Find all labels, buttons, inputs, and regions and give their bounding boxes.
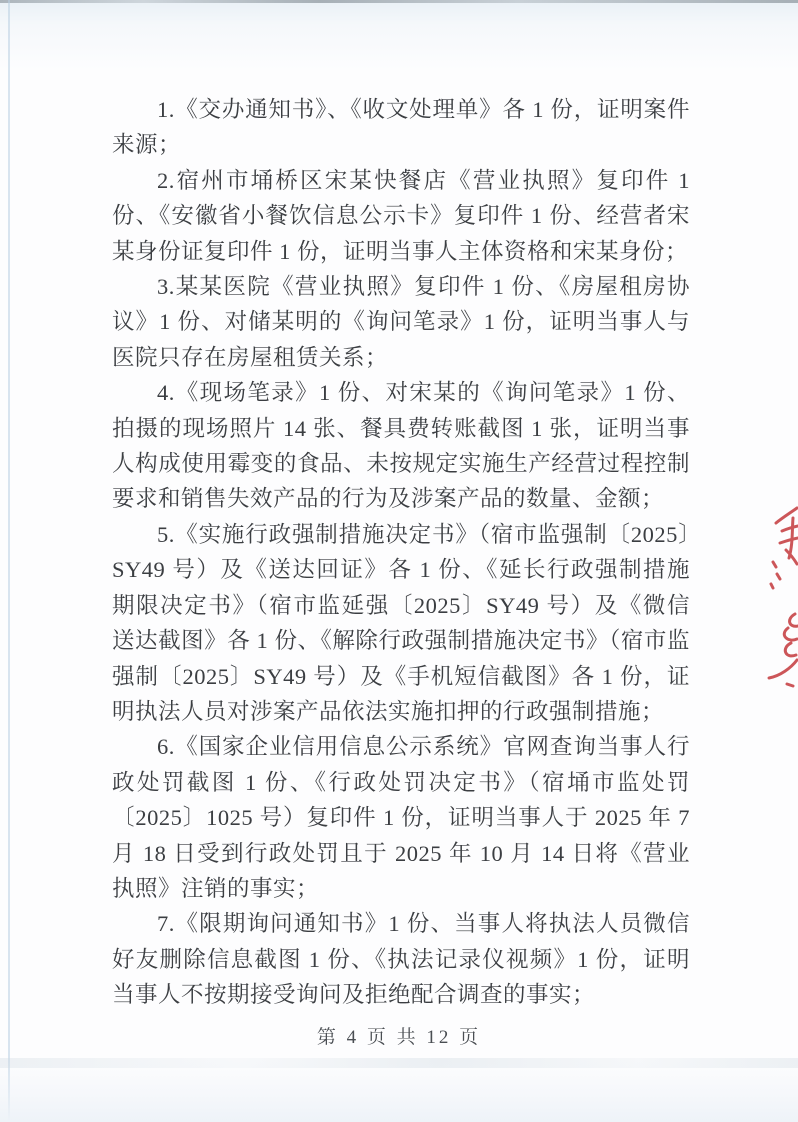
page-number-footer: 第 4 页 共 12 页: [0, 1024, 798, 1052]
scan-bottom-band: [0, 1058, 798, 1068]
red-ink-annotation-icon: [764, 498, 798, 698]
evidence-paragraph-4: 4.《现场笔录》1 份、对宋某的《询问笔录》1 份、拍摄的现场照片 14 张、餐…: [112, 375, 690, 517]
scan-top-tint: [0, 0, 798, 70]
scan-top-edge-line: [0, 0, 798, 3]
document-body: 1.《交办通知书》、《收文处理单》各 1 份，证明案件来源； 2.宿州市埇桥区宋…: [112, 92, 690, 1013]
red-ink-strokes: [769, 508, 798, 686]
evidence-paragraph-2: 2.宿州市埇桥区宋某快餐店《营业执照》复印件 1 份、《安徽省小餐饮信息公示卡》…: [112, 163, 690, 269]
evidence-paragraph-5: 5.《实施行政强制措施决定书》（宿市监强制〔2025〕SY49 号）及《送达回证…: [112, 517, 690, 729]
scan-bottom-tint: [0, 1060, 798, 1122]
evidence-paragraph-6: 6.《国家企业信用信息公示系统》官网查询当事人行政处罚截图 1 份、《行政处罚决…: [112, 729, 690, 906]
evidence-paragraph-1: 1.《交办通知书》、《收文处理单》各 1 份，证明案件来源；: [112, 92, 690, 163]
evidence-paragraph-3: 3.某某医院《营业执照》复印件 1 份、《房屋租房协议》1 份、对储某明的《询问…: [112, 269, 690, 375]
scan-left-edge-line: [8, 0, 10, 1122]
evidence-paragraph-7: 7.《限期询问通知书》1 份、当事人将执法人员微信好友删除信息截图 1 份、《执…: [112, 906, 690, 1012]
scanned-document-page: { "document": { "paragraphs": [ { "text"…: [0, 0, 798, 1122]
